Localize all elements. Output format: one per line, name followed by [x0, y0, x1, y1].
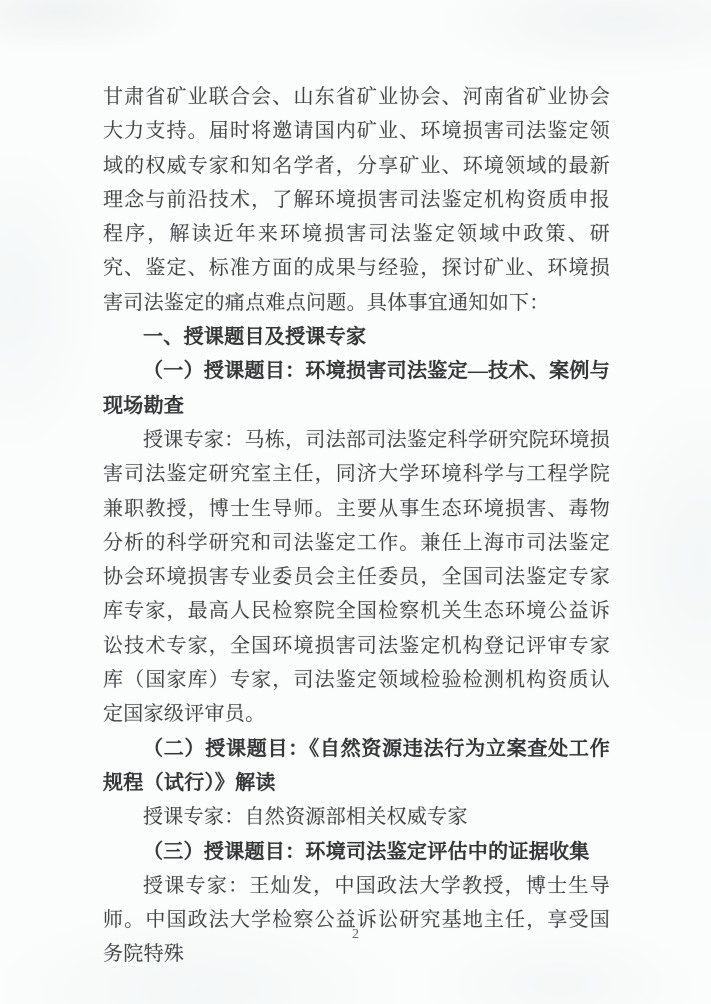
paragraph-intro-continuation: 甘肃省矿业联合会、山东省矿业协会、河南省矿业协会大力支持。届时将邀请国内矿业、环… [103, 80, 610, 320]
document-body: 甘肃省矿业联合会、山东省矿业协会、河南省矿业协会大力支持。届时将邀请国内矿业、环… [103, 80, 610, 972]
expert-paragraph-2: 授课专家：自然资源部相关权威专家 [103, 800, 610, 834]
section-heading-1: 一、授课题目及授课专家 [103, 320, 610, 354]
topic-heading-2: （二）授课题目：《自然资源违法行为立案查处工作规程（试行）》解读 [103, 732, 610, 801]
topic-heading-3: （三）授课题目：环境司法鉴定评估中的证据收集 [103, 835, 610, 869]
expert-paragraph-3: 授课专家：王灿发，中国政法大学教授，博士生导师。中国政法大学检察公益诉讼研究基地… [103, 869, 610, 972]
topic-heading-1: （一）授课题目：环境损害司法鉴定—技术、案例与现场勘查 [103, 354, 610, 423]
expert-paragraph-1: 授课专家：马栋，司法部司法鉴定科学研究院环境损害司法鉴定研究室主任，同济大学环境… [103, 423, 610, 732]
page-number: 2 [0, 927, 711, 943]
